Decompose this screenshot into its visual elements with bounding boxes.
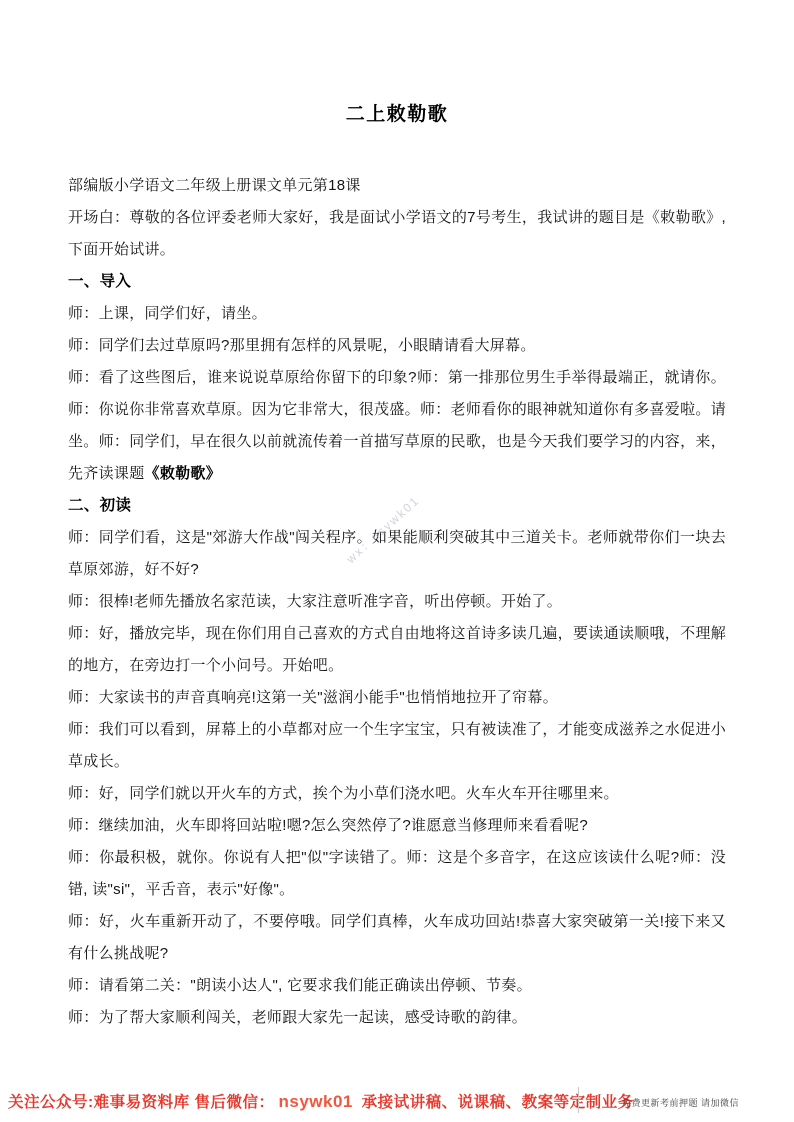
paragraph-text: 师：好，播放完毕，现在你们用自己喜欢的方式自由地将这首诗多读几遍，要读通读顺哦，… [68, 625, 726, 674]
paragraph-text: 师：你最积极，就你。你说有人把"似"字读错了。师：这是个多音字，在这应该读什么呢… [68, 849, 726, 898]
paragraph: 师：为了帮大家顺利闯关，老师跟大家先一起读，感受诗歌的韵律。 [68, 1002, 726, 1034]
footer-note: 免费更新考前押题 请加微信 [622, 1096, 739, 1109]
paragraph: 师：好，同学们就以开火车的方式，挨个为小草们浇水吧。火车火车开往哪里来。 [68, 778, 726, 810]
paragraph-text: 师：很棒!老师先播放名家范读，大家注意听准字音，听出停顿。开始了。 [68, 593, 562, 610]
paragraph-text: 师：好，火车重新开动了，不要停哦。同学们真棒，火车成功回站!恭喜大家突破第一关!… [68, 913, 726, 962]
paragraph: 师：看了这些图后，谁来说说草原给你留下的印象?师：第一排那位男生手举得最端正，就… [68, 362, 726, 490]
paragraph: 部编版小学语文二年级上册课文单元第18课 [68, 170, 726, 202]
paragraph-text: 师：好，同学们就以开火车的方式，挨个为小草们浇水吧。火车火车开往哪里来。 [68, 785, 619, 802]
document-body: 部编版小学语文二年级上册课文单元第18课开场白：尊敬的各位评委老师大家好，我是面… [68, 170, 726, 1034]
paragraph: 师：请看第二关："朗读小达人", 它要求我们能正确读出停顿、节奏。 [68, 970, 726, 1002]
paragraph: 师：同学们看，这是"郊游大作战"闯关程序。如果能顺利突破其中三道关卡。老师就带你… [68, 522, 726, 586]
paragraph: 师：继续加油，火车即将回站啦!嗯?怎么突然停了?谁愿意当修理师来看看呢? [68, 810, 726, 842]
page-title: 二上敕勒歌 [0, 0, 794, 126]
paragraph-text: 师：同学们看，这是"郊游大作战"闯关程序。如果能顺利突破其中三道关卡。老师就带你… [68, 529, 726, 578]
paragraph: 师：大家读书的声音真响亮!这第一关"滋润小能手"也悄悄地拉开了帘幕。 [68, 682, 726, 714]
paragraph-text: 师：为了帮大家顺利闯关，老师跟大家先一起读，感受诗歌的韵律。 [68, 1009, 527, 1026]
paragraph-text: 师：同学们去过草原吗?那里拥有怎样的风景呢，小眼睛请看大屏幕。 [68, 337, 536, 354]
paragraph-text: 一、导入 [68, 273, 131, 290]
footer-wechat-id: nsywk01 [274, 1092, 356, 1111]
paragraph-text: 师：继续加油，火车即将回站啦!嗯?怎么突然停了?谁愿意当修理师来看看呢? [68, 817, 588, 834]
footer-promo: 关注公众号:难事易资料库 售后微信：nsywk01 承接试讲稿、说课稿、教案等定… [8, 1090, 634, 1112]
footer-promo-prefix: 关注公众号:难事易资料库 售后微信： [8, 1094, 274, 1111]
paragraph-text: 师：我们可以看到，屏幕上的小草都对应一个生字宝宝，只有被读准了，才能变成滋养之水… [68, 721, 726, 770]
paragraph: 师：我们可以看到，屏幕上的小草都对应一个生字宝宝，只有被读准了，才能变成滋养之水… [68, 714, 726, 778]
section-heading: 一、导入 [68, 266, 726, 298]
footer-divider [578, 1087, 579, 1113]
paragraph: 师：好，播放完毕，现在你们用自己喜欢的方式自由地将这首诗多读几遍，要读通读顺哦，… [68, 618, 726, 682]
paragraph-text: 开场白：尊敬的各位评委老师大家好，我是面试小学语文的7号考生，我试讲的题目是《敕… [68, 209, 726, 258]
paragraph-text: 师：大家读书的声音真响亮!这第一关"滋润小能手"也悄悄地拉开了帘幕。 [68, 689, 558, 706]
paragraph-text: 师：请看第二关："朗读小达人", 它要求我们能正确读出停顿、节奏。 [68, 977, 532, 994]
section-heading: 二、初读 [68, 490, 726, 522]
footer-promo-suffix: 承接试讲稿、说课稿、教案等定制业务 [357, 1094, 634, 1111]
paragraph-text: 师：上课，同学们好，请坐。 [68, 305, 267, 322]
paragraph-text: 部编版小学语文二年级上册课文单元第18课 [68, 177, 361, 194]
paragraph: 师：上课，同学们好，请坐。 [68, 298, 726, 330]
paragraph: 师：同学们去过草原吗?那里拥有怎样的风景呢，小眼睛请看大屏幕。 [68, 330, 726, 362]
paragraph: 师：好，火车重新开动了，不要停哦。同学们真棒，火车成功回站!恭喜大家突破第一关!… [68, 906, 726, 970]
paragraph-text: 二、初读 [68, 497, 131, 514]
paragraph: 开场白：尊敬的各位评委老师大家好，我是面试小学语文的7号考生，我试讲的题目是《敕… [68, 202, 726, 266]
paragraph: 师：你最积极，就你。你说有人把"似"字读错了。师：这是个多音字，在这应该读什么呢… [68, 842, 726, 906]
footer: 关注公众号:难事易资料库 售后微信：nsywk01 承接试讲稿、说课稿、教案等定… [0, 1082, 794, 1122]
bold-text: 《敕勒歌》 [145, 465, 222, 482]
paragraph: 师：很棒!老师先播放名家范读，大家注意听准字音，听出停顿。开始了。 [68, 586, 726, 618]
